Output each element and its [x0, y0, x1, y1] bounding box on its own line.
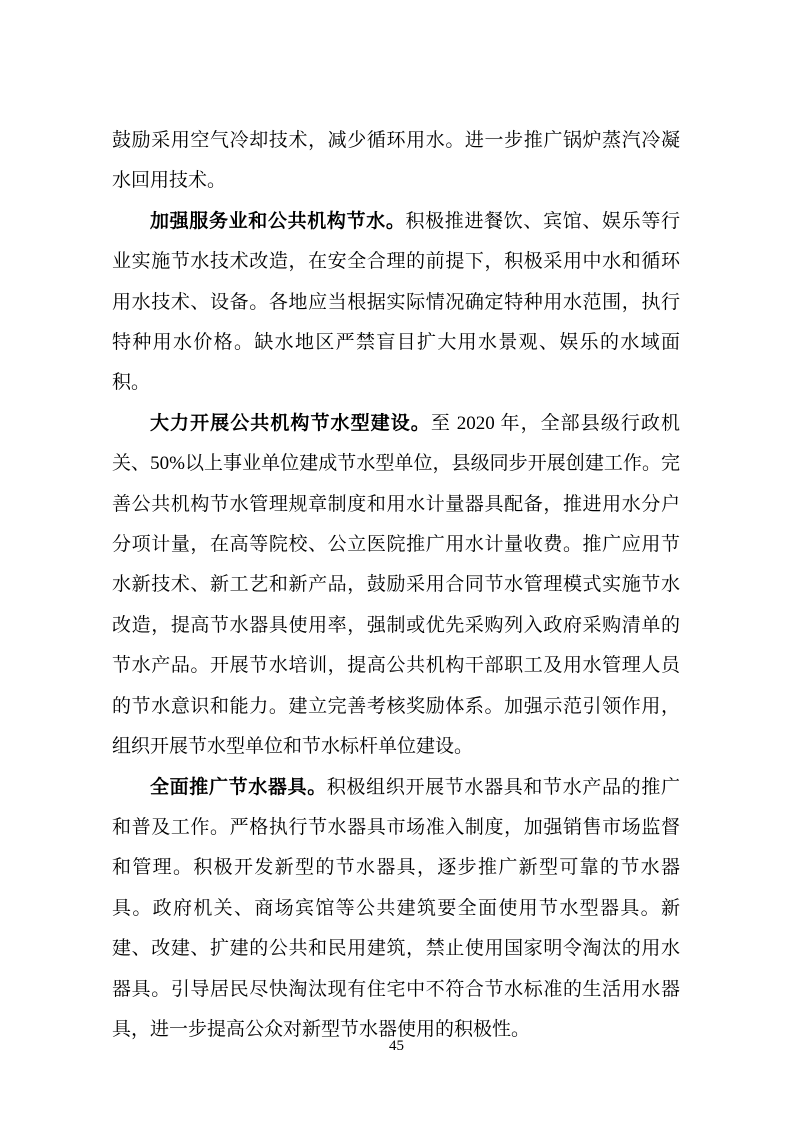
paragraph-water-saving-appliances: 全面推广节水器具。积极组织开展节水器具和节水产品的推广和普及工作。严格执行节水器…: [112, 768, 680, 1051]
paragraph-lead: 全面推广节水器具。: [150, 777, 327, 798]
paragraph-lead: 加强服务业和公共机构节水。: [150, 211, 406, 232]
paragraph-public-institution-water-saving: 大力开展公共机构节水型建设。至 2020 年，全部县级行政机关、50%以上事业单…: [112, 404, 680, 768]
paragraph-body: 鼓励采用空气冷却技术，减少循环用水。进一步推广锅炉蒸汽冷凝水回用技术。: [112, 130, 680, 191]
paragraph-service-sector-water-saving: 加强服务业和公共机构节水。积极推进餐饮、宾馆、娱乐等行业实施节水技术改造，在安全…: [112, 202, 680, 404]
paragraph-body: 积极推进餐饮、宾馆、娱乐等行业实施节水技术改造，在安全合理的前提下，积极采用中水…: [112, 211, 680, 394]
paragraph-continuation: 鼓励采用空气冷却技术，减少循环用水。进一步推广锅炉蒸汽冷凝水回用技术。: [112, 121, 680, 202]
paragraph-body: 积极组织开展节水器具和节水产品的推广和普及工作。严格执行节水器具市场准入制度，加…: [112, 777, 680, 1040]
document-page: 鼓励采用空气冷却技术，减少循环用水。进一步推广锅炉蒸汽冷凝水回用技术。 加强服务…: [0, 0, 793, 1122]
paragraph-lead: 大力开展公共机构节水型建设。: [150, 413, 431, 434]
paragraph-body: 至 2020 年，全部县级行政机关、50%以上事业单位建成节水型单位，县级同步开…: [112, 413, 680, 757]
text-content: 鼓励采用空气冷却技术，减少循环用水。进一步推广锅炉蒸汽冷凝水回用技术。 加强服务…: [112, 121, 680, 1050]
page-footer: 45: [0, 1036, 793, 1056]
page-number: 45: [389, 1038, 404, 1054]
